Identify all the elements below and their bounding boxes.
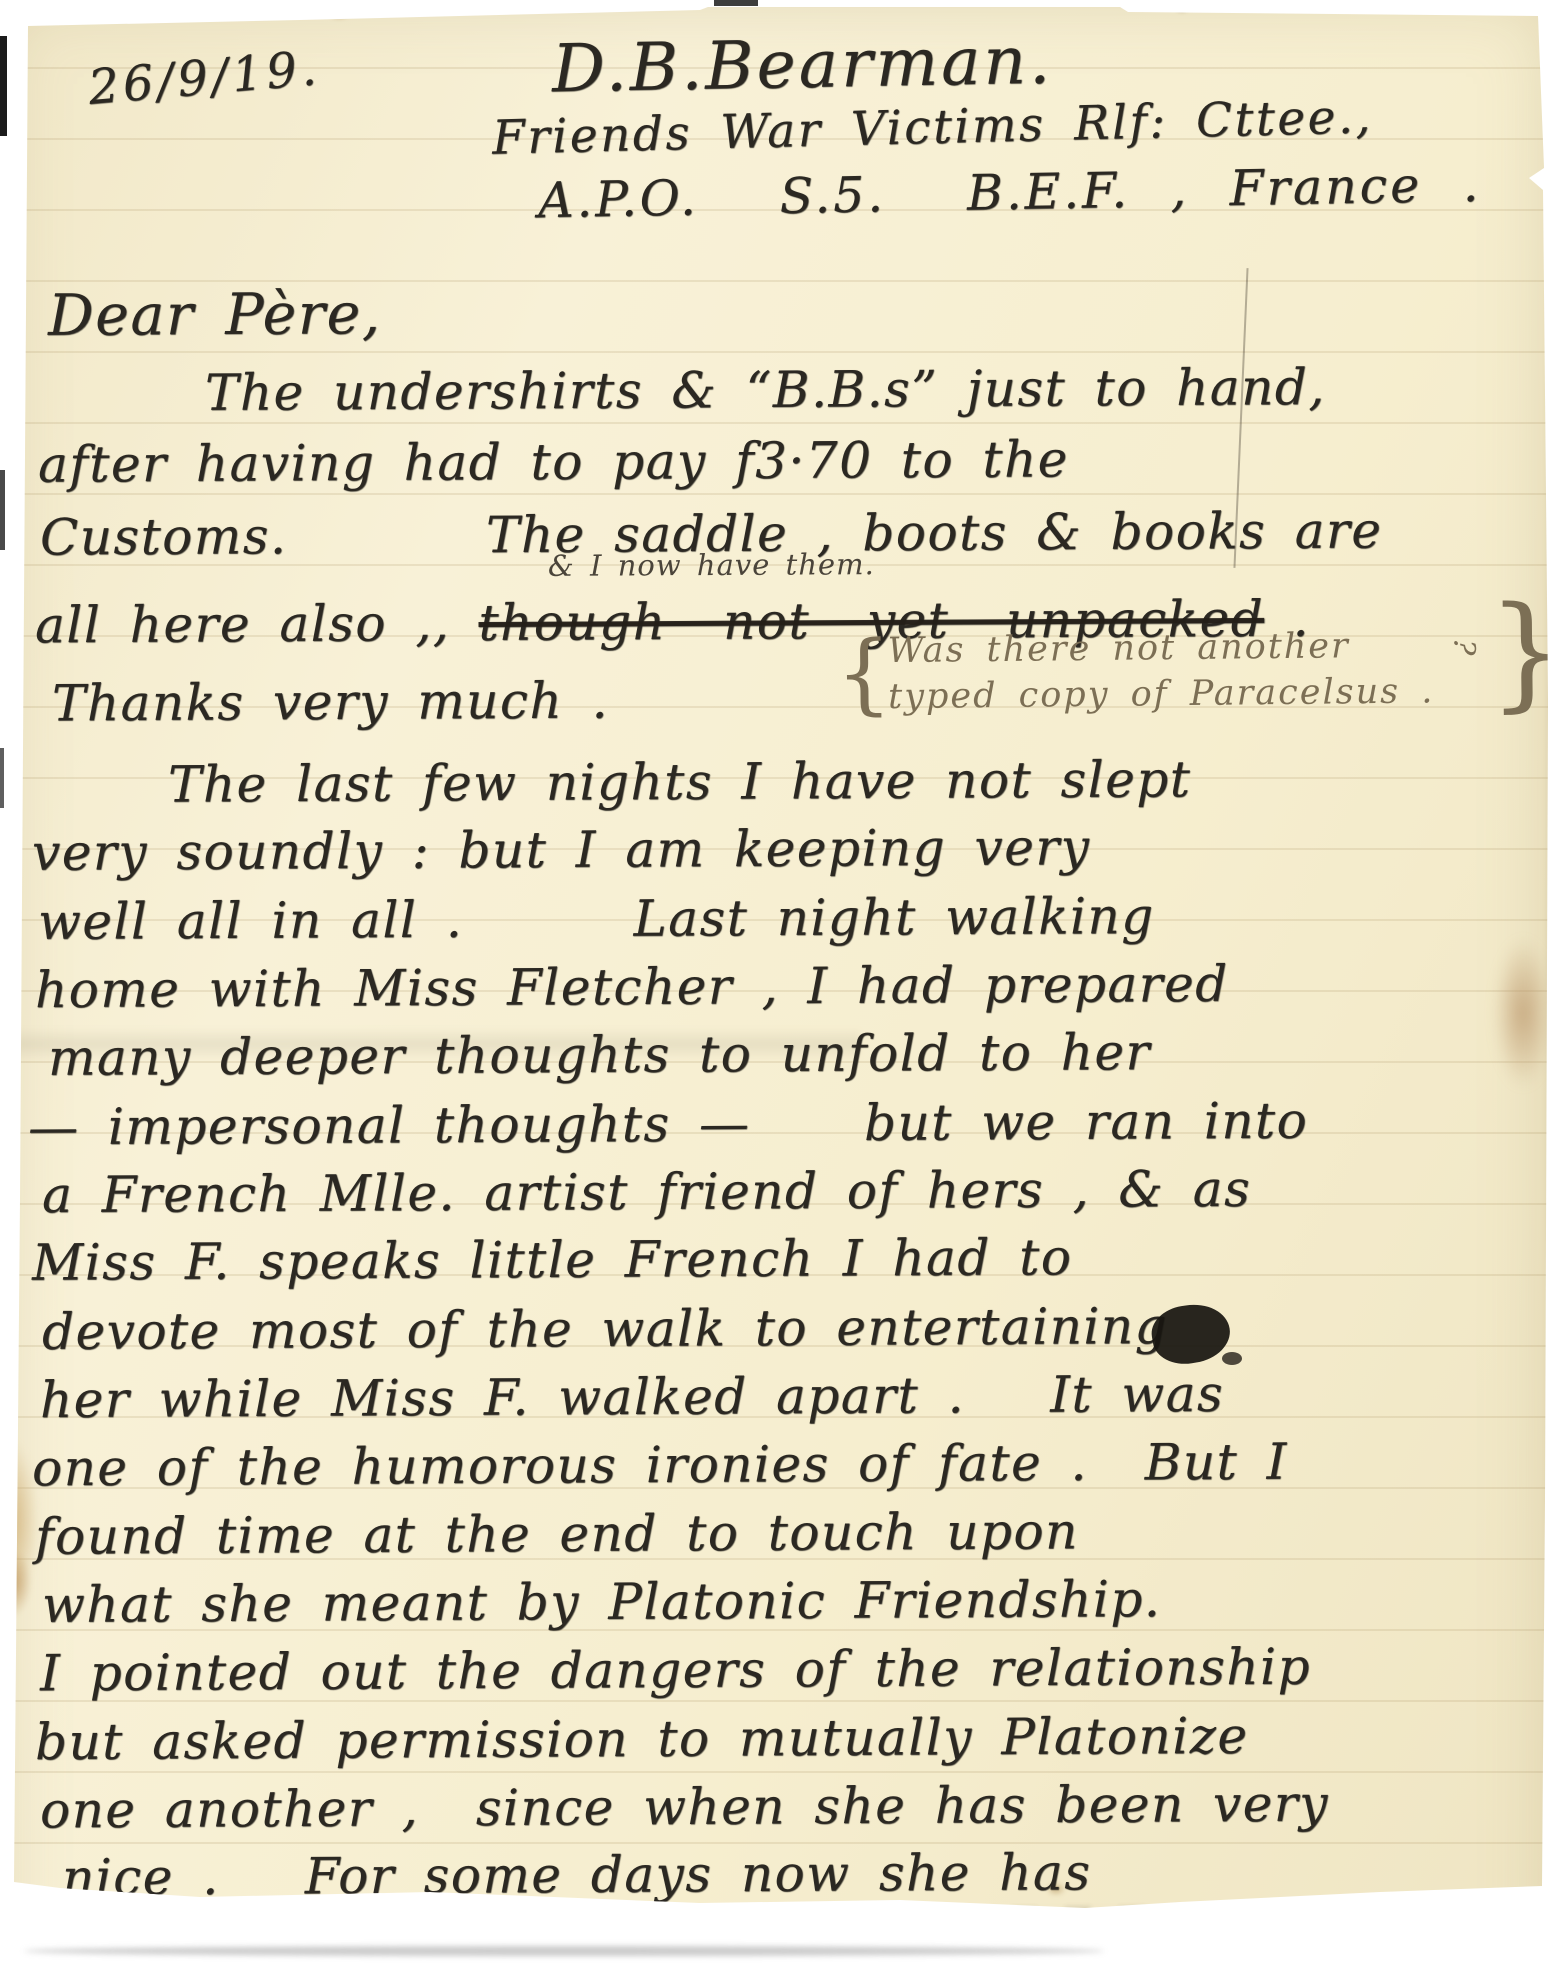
scan-edge-mark xyxy=(0,470,5,550)
ink-blot xyxy=(1222,1352,1242,1365)
letter-line: Thanks very much . xyxy=(52,671,609,734)
scanned-letter-page: 26/9/19. D.B.Bearman. Friends War Victim… xyxy=(0,0,1550,1977)
margin-note-line: typed copy of Paracelsus . xyxy=(888,671,1435,717)
struck-line-pre: all here also ,, xyxy=(35,594,479,654)
letter-line: nice . For some days now she has xyxy=(62,1842,1092,1907)
letter-line: one another , since when she has been ve… xyxy=(40,1774,1329,1841)
scan-edge-mark xyxy=(0,748,4,808)
letter-line: home with Miss Fletcher , I had prepared xyxy=(35,954,1229,1020)
letter-line: found time at the end to touch upon xyxy=(35,1501,1079,1566)
stain xyxy=(330,8,348,18)
margin-note-question-mark: ? xyxy=(1445,637,1482,657)
stain xyxy=(1176,2,1188,11)
letter-line: — impersonal thoughts — but we ran into xyxy=(28,1091,1308,1158)
sender-name: D.B.Bearman. xyxy=(551,22,1053,108)
salutation: Dear Père, xyxy=(48,281,382,349)
letter-line: many deeper thoughts to unfold to her xyxy=(48,1022,1151,1088)
margin-note-line: Was there not another xyxy=(887,626,1350,671)
letter-line: her while Miss F. walked apart . It was xyxy=(40,1364,1224,1430)
ghost-writing xyxy=(200,1904,1430,1929)
letter-line: very soundly : but I am keeping very xyxy=(32,817,1091,883)
stain xyxy=(462,1896,496,1918)
letter-line: a French Mlle. artist friend of hers , &… xyxy=(42,1159,1251,1225)
margin-note-close-brace: } xyxy=(1487,590,1550,715)
margin-note-open-brace: { xyxy=(835,629,892,718)
letter-paper: 26/9/19. D.B.Bearman. Friends War Victim… xyxy=(0,0,1550,1977)
letter-line: Miss F. speaks little French I had to xyxy=(32,1227,1073,1292)
paper-edge-shadow xyxy=(24,1946,1104,1956)
letter-date: 26/9/19. xyxy=(86,40,322,116)
sender-address: A.P.O. S.5. B.E.F. , France . xyxy=(538,156,1482,229)
letter-line: but asked permission to mutually Platoni… xyxy=(35,1706,1249,1772)
margin-note: { Was there not another typed copy of Pa… xyxy=(837,612,1538,749)
letter-line: devote most of the walk to entertaining xyxy=(42,1296,1168,1362)
letter-line: The last few nights I have not slept xyxy=(168,749,1192,814)
letter-line: one of the humorous ironies of fate . Bu… xyxy=(32,1432,1288,1499)
letter-line: well all in all . Last night walking xyxy=(38,886,1155,952)
scan-edge-mark xyxy=(0,36,7,136)
letter-line: The undershirts & “B.B.s” just to hand, xyxy=(205,357,1326,423)
scan-edge-mark xyxy=(714,0,758,6)
letter-line: after having had to pay f3·70 to the xyxy=(38,429,1069,494)
stain xyxy=(1494,938,1550,1088)
interline-insertion: & I now have them. xyxy=(548,547,875,583)
letter-line: what she meant by Platonic Friendship. xyxy=(42,1569,1161,1635)
letter-line: I pointed out the dangers of the relatio… xyxy=(40,1637,1311,1704)
